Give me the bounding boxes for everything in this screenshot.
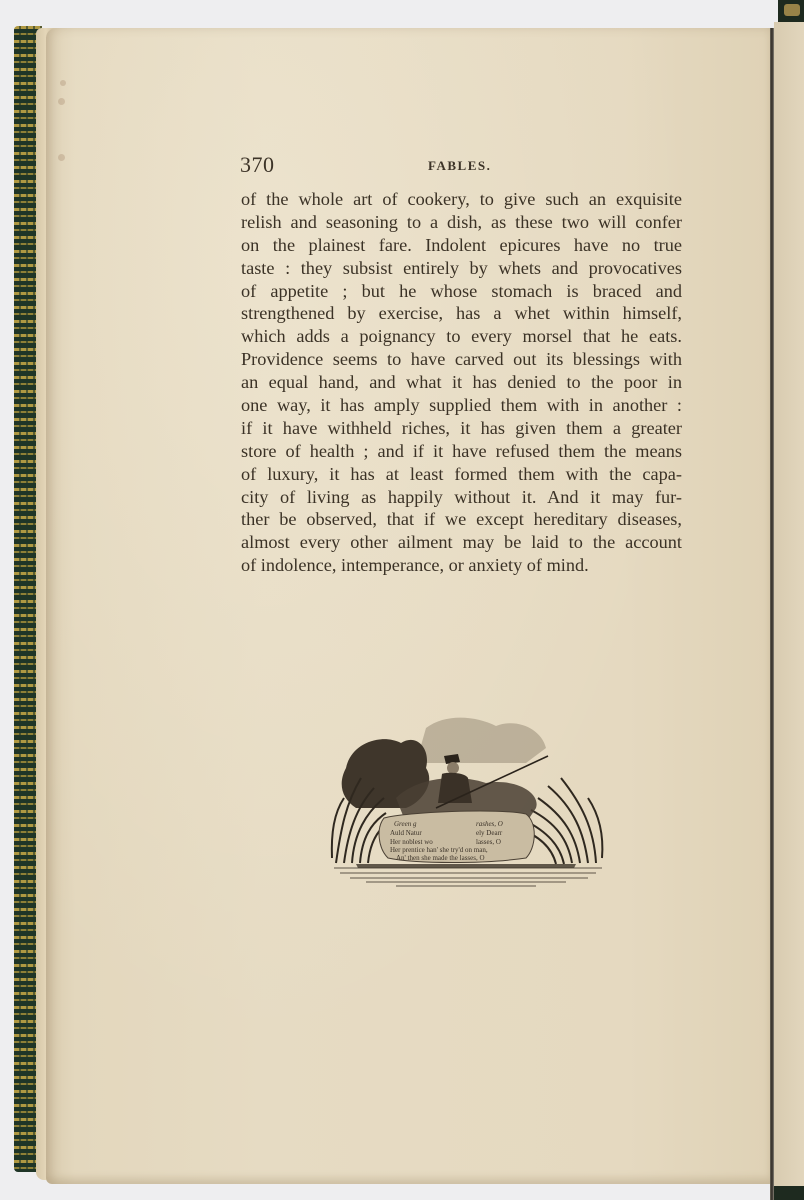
svg-text:ely Dearr: ely Dearr: [476, 829, 503, 837]
text-line: strengthened by exercise, has a whet wit…: [241, 302, 682, 325]
next-cover-top: [778, 0, 804, 22]
text-line: on the plainest fare. Indolent epicures …: [241, 234, 682, 257]
svg-text:lasses, O: lasses, O: [476, 838, 501, 846]
svg-text:rashes, O: rashes, O: [476, 820, 503, 828]
svg-text:Her noblest wo: Her noblest wo: [390, 838, 433, 846]
text-line: relish and seasoning to a dish, as these…: [241, 211, 682, 234]
text-line: Providence seems to have carved out its …: [241, 348, 682, 371]
text-line: store of health ; and if it have refused…: [241, 440, 682, 463]
svg-text:Auld Natur: Auld Natur: [390, 829, 422, 837]
stain: [60, 80, 66, 86]
text-line: of indolence, intemperance, or anxiety o…: [241, 554, 682, 577]
text-line: of appetite ; but he whose stomach is br…: [241, 280, 682, 303]
text-line: of luxury, it has at least formed them w…: [241, 463, 682, 486]
book-gutter: [770, 28, 774, 1200]
stain: [58, 154, 65, 161]
engraved-vignette-illustration: Green g rashes, O Auld Natur ely Dearr H…: [326, 708, 608, 888]
text-line: taste : they subsist entirely by whets a…: [241, 257, 682, 280]
next-cover-bottom: [774, 1186, 804, 1200]
text-line: an equal hand, and what it has denied to…: [241, 371, 682, 394]
text-line: ther be observed, that if we except here…: [241, 508, 682, 531]
next-page-edge: [774, 22, 804, 1200]
running-head: 370 FABLES.: [240, 152, 680, 180]
body-text: of the whole art of cookery, to give suc…: [241, 188, 682, 577]
text-line: one way, it has amply supplied them with…: [241, 394, 682, 417]
text-line: of the whole art of cookery, to give suc…: [241, 188, 682, 211]
stain: [58, 98, 65, 105]
running-head-title: FABLES.: [428, 158, 491, 174]
svg-text:An' then she made the lasses,: An' then she made the lasses, O: [396, 854, 485, 862]
svg-text:Her prentice han' she try'd on: Her prentice han' she try'd on man,: [390, 846, 488, 854]
svg-text:Green g: Green g: [394, 820, 417, 828]
text-line: almost every other ailment may be laid t…: [241, 531, 682, 554]
text-line: which adds a poignancy to every morsel t…: [241, 325, 682, 348]
text-line: if it have withheld riches, it has given…: [241, 417, 682, 440]
text-line: city of living as happily without it. An…: [241, 486, 682, 509]
page-number: 370: [240, 152, 275, 178]
